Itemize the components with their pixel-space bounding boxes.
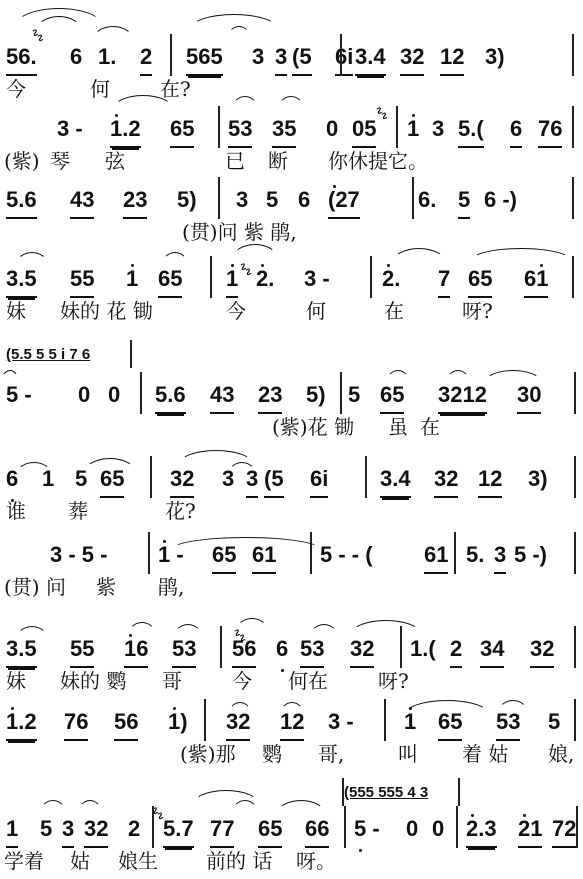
note-group: 3) <box>485 40 505 74</box>
note-group: 5 <box>548 705 560 739</box>
lyric-text: (贯) <box>4 574 40 600</box>
note-group: 7 <box>438 262 450 298</box>
note-group: 5.( <box>458 112 484 148</box>
lyric-text: 今 <box>6 76 26 102</box>
note-group: 565 <box>186 40 223 76</box>
octave-dot-high <box>387 264 390 267</box>
note-group: 5) <box>306 378 326 412</box>
octave-dot-high <box>11 707 14 710</box>
barline <box>574 626 576 668</box>
lyric-text: (贯)问 紫 鹃, <box>182 219 297 245</box>
note-group: 0 <box>326 112 338 146</box>
note-group: 3.5 <box>6 262 37 298</box>
lyric-text: 你休提它。 <box>328 148 428 174</box>
barline <box>220 626 222 668</box>
lyric-text: (紫)花 锄 <box>272 414 354 440</box>
lyric-text: 已 <box>225 148 245 174</box>
slur-arc <box>446 370 470 383</box>
barline <box>456 806 458 848</box>
lyric-text: 琴 <box>50 148 70 174</box>
lyric-text: 学着 <box>4 848 44 874</box>
note-group: 32 <box>530 632 554 668</box>
note-group: 2. <box>256 262 274 296</box>
note-group: 56. <box>6 40 37 76</box>
note-group: 32 <box>350 632 374 668</box>
note-group: 2. <box>382 262 400 296</box>
note-group: 5 - <box>354 812 380 846</box>
slur-arc <box>228 702 252 715</box>
note-group: 16 <box>124 632 148 668</box>
barline <box>370 256 372 298</box>
barline <box>576 806 578 848</box>
octave-dot-high <box>163 540 166 543</box>
slur-arc <box>310 624 338 637</box>
note-group: 61 <box>524 262 548 298</box>
slur-arc <box>278 96 304 109</box>
score-system: 1533225.77765665 -002.32172 <box>0 812 583 846</box>
note-group: 5 <box>348 378 360 412</box>
barline <box>365 456 367 498</box>
barline <box>204 699 206 741</box>
barline <box>310 532 312 574</box>
barline <box>344 806 346 848</box>
barline <box>574 372 576 414</box>
score-system: 5.643235)356(276.56 -) <box>0 183 583 217</box>
octave-dot-high <box>173 707 176 710</box>
note-group: 3 <box>252 40 264 74</box>
note-group: 1.2 <box>110 112 141 148</box>
note-group: 61 <box>424 538 448 574</box>
lyric-text: 谁 <box>6 498 26 524</box>
barline <box>572 106 574 148</box>
note-group: 05 <box>352 112 376 148</box>
note-group: 55 <box>70 262 94 298</box>
note-group: 1) <box>168 705 188 739</box>
barline <box>340 34 342 76</box>
score-system: 56.61.256533(56i3.432123) <box>0 40 583 74</box>
note-group: 23 <box>258 378 282 414</box>
score-system: 3 -1.2655335005135.(676 <box>0 112 583 146</box>
barline <box>574 699 576 741</box>
barline <box>384 699 386 741</box>
note-group: 1 <box>126 262 138 296</box>
note-group: 5 -) <box>514 538 547 572</box>
barline <box>396 106 398 148</box>
barline <box>140 372 142 414</box>
note-group: 5.6 <box>155 378 186 414</box>
note-group: 5. <box>466 538 484 572</box>
slur-arc <box>392 248 446 263</box>
note-group: 6 <box>510 112 522 148</box>
slur-arc <box>40 800 66 813</box>
note-group: 1.( <box>410 632 436 666</box>
note-group: 21 <box>518 812 542 848</box>
note-group: 34 <box>480 632 504 668</box>
note-group: 32 <box>400 40 424 76</box>
lyric-text: 鹦 <box>262 741 282 767</box>
octave-dot-high <box>412 114 415 117</box>
note-group: 6i <box>310 462 328 498</box>
barline <box>148 532 150 574</box>
note-group: 65 <box>380 378 404 414</box>
barline <box>574 456 576 498</box>
lyric-text: 鹃, <box>158 574 184 600</box>
slur-arc <box>92 26 134 41</box>
lyric-text: 妹 <box>6 298 26 324</box>
note-group: 5 - - ( <box>320 538 373 572</box>
octave-dot-high <box>540 264 543 267</box>
note-group: 3.4 <box>355 40 386 76</box>
note-group: 43 <box>210 378 234 414</box>
note-group: 56 <box>114 705 138 741</box>
octave-dot-high <box>471 814 474 817</box>
lyric-text: 哥 <box>162 668 182 694</box>
note-group: 32 <box>434 462 458 498</box>
lyric-text: 断 <box>268 148 288 174</box>
score-system: 3.55516512.3 -2.76561 <box>0 262 583 296</box>
octave-dot-high <box>523 814 526 817</box>
lyric-text: 在 <box>384 298 404 324</box>
octave-dot-high <box>333 185 336 188</box>
octave-dot-high <box>231 264 234 267</box>
lyric-text: (紫)那 <box>180 741 236 767</box>
lyric-text: 紫 <box>96 574 116 600</box>
slur-arc <box>276 800 326 815</box>
ossia-barline <box>130 340 132 368</box>
lyric-text: 花? <box>165 498 196 524</box>
note-group: 6i <box>335 40 353 76</box>
note-group: 2.3 <box>466 812 497 848</box>
barline <box>210 256 212 298</box>
note-group: 53 <box>172 632 196 668</box>
barline <box>150 456 152 498</box>
note-group: 0 <box>432 812 444 846</box>
slur-arc <box>470 248 572 261</box>
note-group: 0 <box>406 812 418 846</box>
ossia-accompaniment: (555 555 4 3 <box>344 782 428 804</box>
lyric-text: 娘, <box>548 741 574 767</box>
note-group: 3 - <box>328 705 354 739</box>
slur-arc <box>16 626 48 639</box>
slur-arc <box>16 252 48 265</box>
note-group: 2 <box>140 40 152 76</box>
slur-arc <box>162 252 188 265</box>
lyric-text: 妹 <box>6 668 26 694</box>
note-group: 5.7 <box>163 812 194 848</box>
barline <box>454 532 456 574</box>
note-group: 65 <box>258 812 282 848</box>
slur-arc <box>174 624 202 637</box>
lyric-text: (紫) <box>4 148 40 174</box>
note-group: 1 <box>6 812 18 848</box>
ossia-barline <box>342 778 344 806</box>
note-group: 72 <box>552 812 576 848</box>
slur-arc <box>84 458 136 473</box>
note-group: 23 <box>123 183 147 219</box>
note-group: 6. <box>418 183 436 217</box>
note-group: (27 <box>328 183 360 219</box>
octave-dot-low <box>359 849 362 852</box>
note-group: 3 - <box>304 262 330 296</box>
octave-dot-high <box>115 114 118 117</box>
note-group: 3 <box>62 812 74 848</box>
lyric-text: 娘生 <box>118 848 158 874</box>
slur-arc <box>404 700 490 715</box>
note-group: 32 <box>84 812 108 848</box>
ossia-accompaniment: (5.5 5 5 i 7 6 <box>6 344 90 366</box>
note-group: 3.4 <box>380 462 411 498</box>
note-group: 3) <box>528 462 548 496</box>
barline <box>340 372 342 414</box>
lyric-text: 前的 话 <box>206 848 272 874</box>
note-group: 3 - <box>57 112 83 146</box>
note-group: 35 <box>272 112 296 148</box>
note-group: 5) <box>177 183 197 217</box>
slur-arc <box>128 622 156 635</box>
note-group: 2 <box>450 632 462 668</box>
lyric-text: 何 <box>90 76 110 102</box>
octave-dot-high <box>261 264 264 267</box>
slur-arc <box>0 370 20 385</box>
note-group: 3 <box>432 112 444 146</box>
lyric-text: 呀。 <box>296 848 336 874</box>
lyric-text: 弦 <box>105 148 125 174</box>
lyric-text: 呀? <box>378 668 409 694</box>
lyric-text: 在? <box>160 76 191 102</box>
lyric-text: 今 <box>232 668 252 694</box>
note-group: 3 - 5 - <box>50 538 107 572</box>
barline <box>574 532 576 574</box>
note-group: 5 <box>458 183 470 219</box>
note-group: 1. <box>98 40 116 74</box>
note-group: 53 <box>228 112 252 148</box>
lyric-text: 哥, <box>318 741 344 767</box>
note-group: 1.2 <box>6 705 37 741</box>
note-group: 1 <box>407 112 419 146</box>
barline <box>572 34 574 76</box>
barline <box>218 177 220 219</box>
note-group: 30 <box>517 378 541 414</box>
lyric-text: 着 姑 <box>462 741 508 767</box>
note-group: 6 <box>276 632 288 666</box>
note-group: 55 <box>70 632 94 668</box>
note-group: (5 <box>292 40 312 76</box>
lyric-text: 在 <box>420 414 440 440</box>
octave-dot-high <box>131 264 134 267</box>
barline <box>170 34 172 76</box>
note-group: 32 <box>170 462 194 498</box>
slur-arc <box>350 620 422 635</box>
note-group: 65 <box>158 262 182 298</box>
note-group: 6 <box>70 40 82 74</box>
note-group: 43 <box>70 183 94 219</box>
note-group: 0 <box>78 378 90 412</box>
note-group: 77 <box>210 812 234 848</box>
barline <box>572 177 574 219</box>
note-group: 3212 <box>438 378 487 414</box>
note-group: 12 <box>440 40 464 76</box>
note-group: 6 <box>6 462 18 496</box>
barline <box>218 106 220 148</box>
slur-arc <box>484 370 542 383</box>
note-group: 66 <box>305 812 329 848</box>
score-system: 5 -005.643235)565321230 <box>0 378 583 412</box>
note-group: 76 <box>538 112 562 148</box>
slur-arc <box>232 96 258 109</box>
lyric-text: 妹的 花 锄 <box>60 298 153 324</box>
note-group: 53 <box>300 632 324 668</box>
barline <box>412 177 414 219</box>
note-group: 3 <box>236 183 248 217</box>
slur-arc <box>386 370 410 383</box>
slur-arc <box>498 700 528 713</box>
note-group: 0 <box>108 378 120 412</box>
slur-arc <box>78 800 102 813</box>
lyric-text: 葬 <box>68 498 88 524</box>
note-group: 2 <box>128 812 140 846</box>
note-group: 76 <box>64 705 88 741</box>
octave-dot-low <box>281 669 284 672</box>
lyric-text: 何在 <box>288 668 328 694</box>
note-group: 65 <box>468 262 492 298</box>
note-group: 12 <box>478 462 502 498</box>
note-group: (5 <box>264 462 284 498</box>
lyric-text: 妹的 鹦 <box>60 668 126 694</box>
note-group: 5.6 <box>6 183 37 219</box>
lyric-text: 问 <box>46 574 66 600</box>
ossia-barline <box>458 778 460 806</box>
note-group: 6 -) <box>484 183 517 217</box>
lyric-text: 姑 <box>70 848 90 874</box>
note-group: 65 <box>170 112 194 148</box>
note-group: 5 <box>40 812 52 846</box>
lyric-text: 今 <box>226 298 246 324</box>
slur-arc <box>280 702 304 715</box>
note-group: 5 <box>266 183 278 217</box>
note-group: 6 <box>298 183 310 217</box>
score-system: 3.555165356653321.(23432 <box>0 632 583 666</box>
lyric-text: 虽 <box>388 414 408 440</box>
lyric-text: 叫 <box>398 741 418 767</box>
note-group: 3 <box>275 40 287 76</box>
slur-arc <box>232 244 278 259</box>
barline <box>572 256 574 298</box>
lyric-text: 何 <box>306 298 326 324</box>
note-group: 3 <box>494 538 506 574</box>
lyric-text: 呀? <box>462 298 493 324</box>
